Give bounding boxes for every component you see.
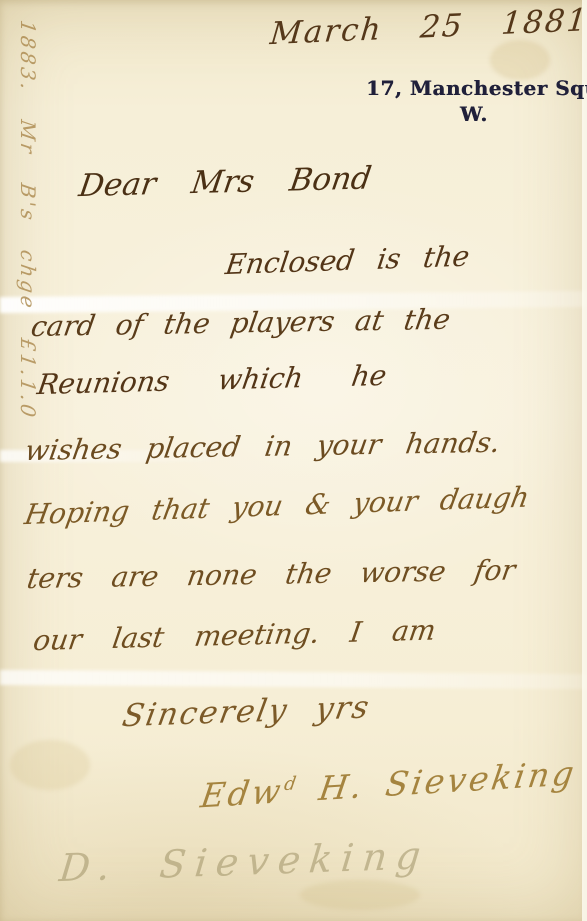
fold-crease-bottom	[0, 670, 587, 689]
body-line: Hoping that you & your daugh	[22, 480, 532, 531]
body-line: card of the players at the	[29, 303, 453, 343]
body-line: wishes placed in your hands.	[23, 426, 503, 467]
body-line: our last meeting. I am	[31, 613, 438, 657]
letterhead-district: W.	[366, 102, 582, 126]
letterhead-address: 17, Manchester Square.	[366, 76, 587, 100]
body-line: ters are none the worse for	[25, 553, 518, 595]
closing-line: Sincerely yrs	[120, 689, 374, 734]
signature-part: Edw	[198, 771, 286, 815]
pencil-annotation: D. Sieveking	[57, 833, 431, 890]
signature-part: H. Sieveking	[295, 753, 579, 809]
letter-scan: 1883. Mr B's chge £1.1.0 March 25 1881 1…	[0, 0, 587, 921]
letter-date: March 25 1881	[269, 2, 587, 52]
paper-stain	[300, 880, 420, 910]
printed-letterhead: 17, Manchester Square. W.	[366, 76, 582, 126]
margin-annotation: 1883. Mr B's chge £1.1.0	[16, 19, 40, 492]
signature: Edwd H. Sieveking	[198, 753, 579, 815]
salutation: Dear Mrs Bond	[77, 160, 374, 204]
paper-stain	[490, 40, 550, 80]
body-line: Enclosed is the	[223, 239, 471, 281]
scan-edge	[582, 0, 587, 921]
body-line: Reunions which he	[35, 359, 389, 401]
paper-stain	[10, 740, 90, 790]
